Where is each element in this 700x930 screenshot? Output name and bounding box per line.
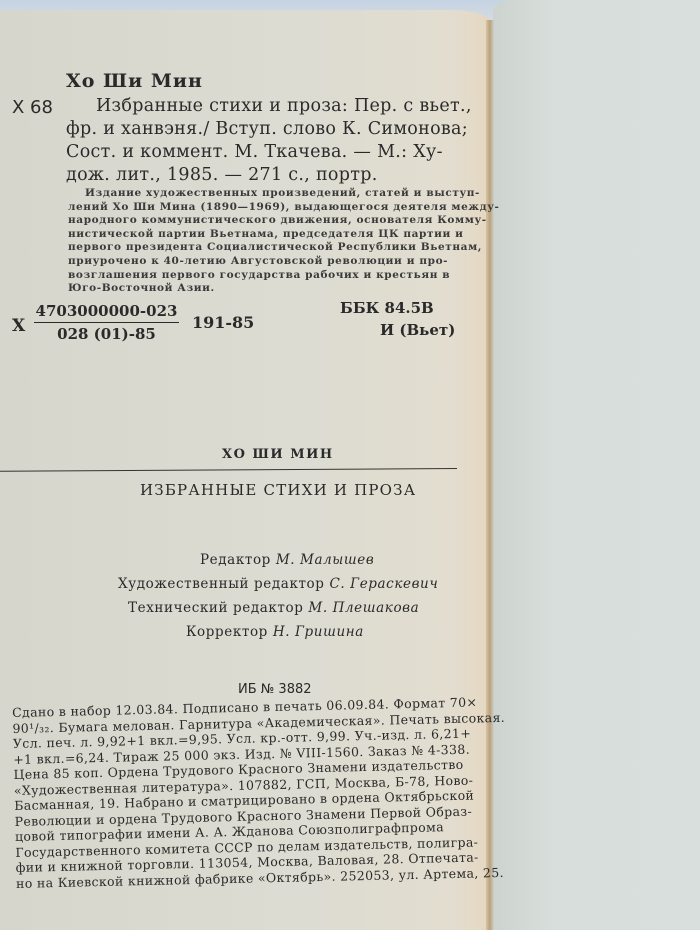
- credit-row: Редактор М. Малышев: [200, 548, 520, 572]
- annotation-line: нистической партии Вьетнама, председател…: [68, 228, 500, 242]
- annotation-line: приурочено к 40-летию Августовской револ…: [68, 255, 500, 269]
- isbn-denominator: 028 (01)-85: [34, 323, 179, 343]
- catalog-author: Хо Ши Мин: [66, 70, 203, 92]
- credit-role: Корректор: [186, 624, 268, 640]
- credit-name: С. Гераскевич: [329, 576, 438, 592]
- bibliographic-description: Избранные стихи и проза: Пер. с вьет., ф…: [66, 95, 472, 187]
- credit-name: М. Малышев: [276, 552, 375, 568]
- annotation-line: Издание художественных произведений, ста…: [68, 187, 500, 201]
- credit-name: М. Плешакова: [308, 600, 419, 616]
- credit-row: Корректор Н. Гришина: [186, 620, 506, 644]
- title-block-title: ИЗБРАННЫЕ СТИХИ И ПРОЗА: [140, 481, 416, 499]
- bib-line: фр. и ханвэня./ Вступ. слово К. Симонова…: [66, 118, 472, 141]
- credits-list: Редактор М. Малышев Художественный редак…: [116, 548, 436, 644]
- credit-role: Художественный редактор: [118, 576, 325, 592]
- annotation-line: Юго-Восточной Азии.: [68, 282, 500, 296]
- bbk-subcode: И (Вьет): [340, 319, 455, 341]
- title-block-author: ХО ШИ МИН: [222, 447, 334, 462]
- bbk-classification: ББК 84.5В И (Вьет): [340, 297, 455, 341]
- credit-role: Технический редактор: [128, 600, 303, 616]
- annotation-line: народного коммунистического движения, ос…: [68, 214, 500, 228]
- annotation: Издание художественных произведений, ста…: [68, 187, 500, 296]
- annotation-line: первого президента Социалистической Респ…: [68, 241, 500, 255]
- bbk-code: ББК 84.5В: [340, 297, 455, 319]
- credit-name: Н. Гришина: [273, 624, 364, 640]
- credit-role: Редактор: [200, 552, 271, 568]
- bib-line: Сост. и коммент. М. Ткачева. — М.: Ху-: [66, 141, 472, 164]
- imprint-details: Сдано в набор 12.03.84. Подписано в печа…: [12, 694, 509, 891]
- credit-row: Технический редактор М. Плешакова: [128, 596, 448, 620]
- ib-number: ИБ № 3882: [238, 682, 312, 697]
- isbn-numerator: 4703000000-023: [34, 302, 179, 323]
- isbn-fraction-body: 4703000000-023 028 (01)-85: [34, 302, 179, 343]
- right-blank-page: [493, 0, 700, 930]
- annotation-line: лений Хо Ши Мина (1890—1969), выдающегос…: [68, 201, 500, 215]
- catalog-number: Х 68: [12, 97, 53, 118]
- bib-line: Избранные стихи и проза: Пер. с вьет.,: [66, 95, 472, 118]
- bib-line: дож. лит., 1985. — 271 с., портр.: [66, 164, 472, 187]
- annotation-line: возглашения первого государства рабочих …: [68, 269, 500, 283]
- isbn-code: 191-85: [192, 313, 254, 332]
- isbn-prefix: Х: [12, 316, 25, 336]
- credit-row: Художественный редактор С. Гераскевич: [118, 572, 438, 596]
